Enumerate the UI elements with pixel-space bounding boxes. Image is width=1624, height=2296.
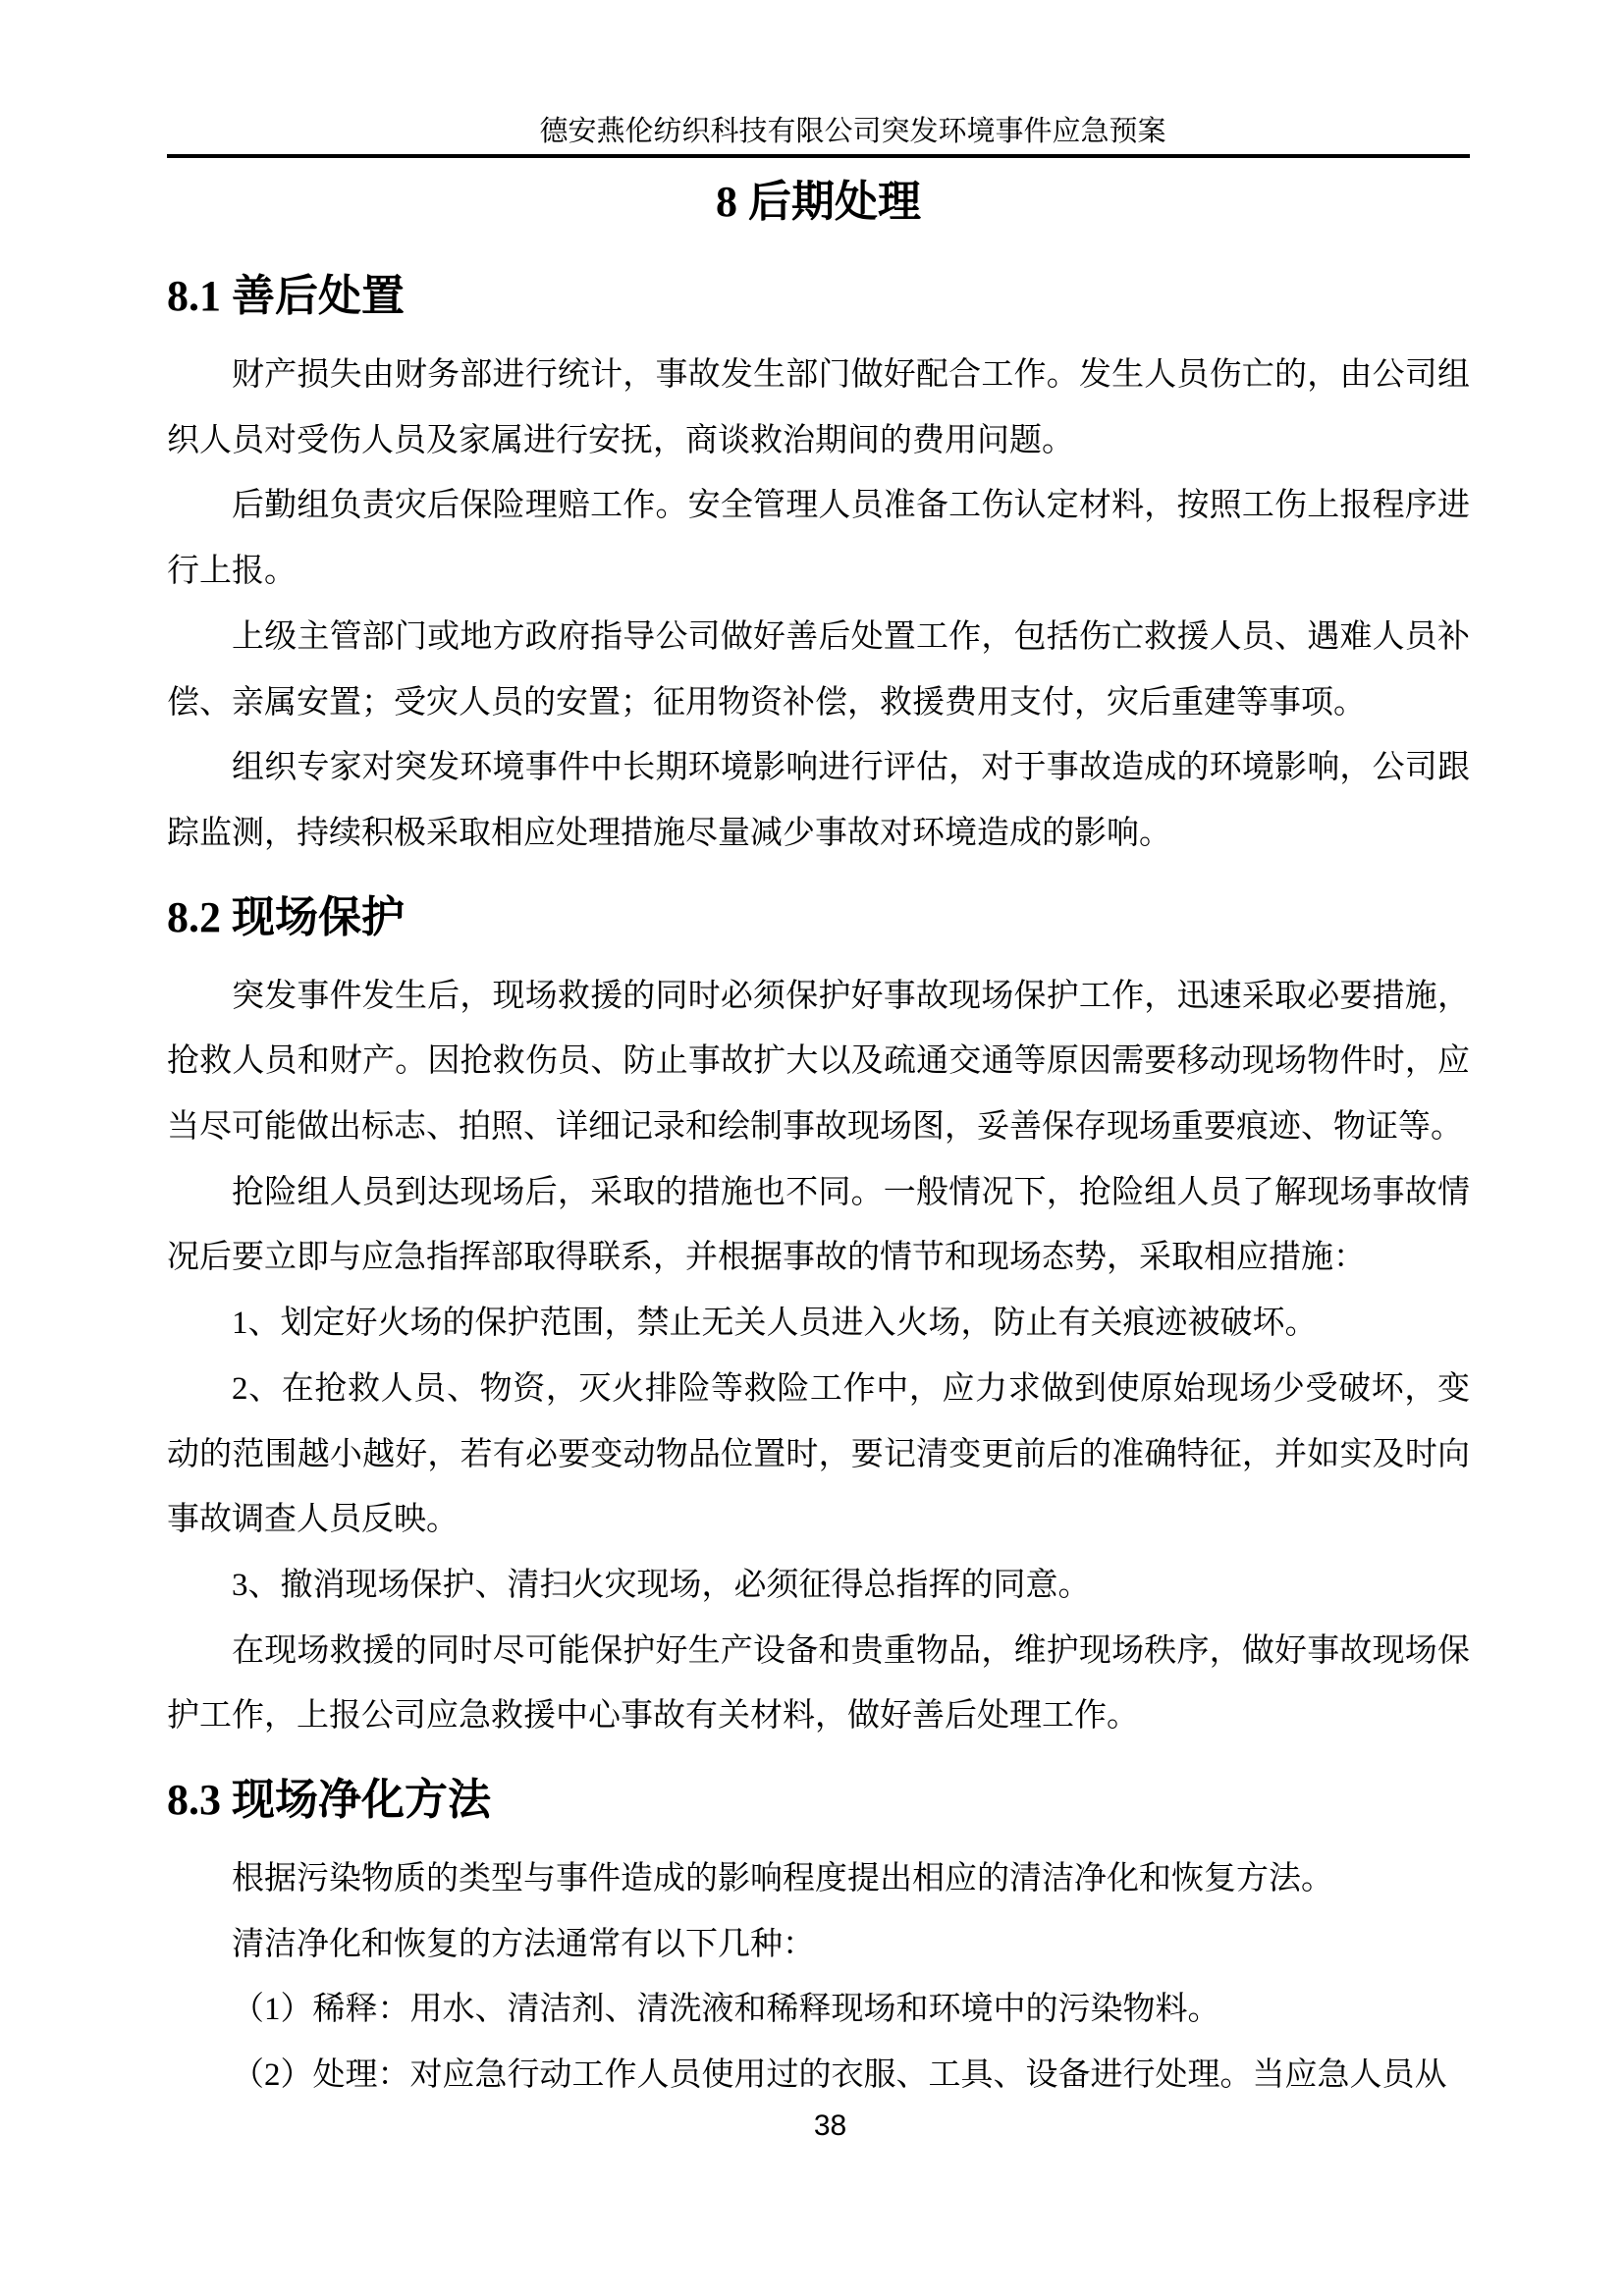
chapter-title: 8 后期处理 [167,159,1470,245]
paragraph: 组织专家对突发环境事件中长期环境影响进行评估，对于事故造成的环境影响，公司跟踪监… [167,735,1470,866]
section-heading-8-3: 8.3 现场净化方法 [167,1757,1470,1843]
paragraph: 根据污染物质的类型与事件造成的影响程度提出相应的清洁净化和恢复方法。 [167,1846,1470,1912]
page-header: 德安燕伦纺织科技有限公司突发环境事件应急预案 [167,115,1470,158]
document-page: 德安燕伦纺织科技有限公司突发环境事件应急预案 8 后期处理 8.1 善后处置 财… [0,0,1624,2296]
list-item-paragraph: 3、撤消现场保护、清扫火灾现场，必须征得总指挥的同意。 [167,1553,1470,1619]
document-body: 8 后期处理 8.1 善后处置 财产损失由财务部进行统计，事故发生部门做好配合工… [167,157,1470,2109]
section-heading-8-1: 8.1 善后处置 [167,253,1470,340]
paragraph: 清洁净化和恢复的方法通常有以下几种： [167,1912,1470,1978]
page-number: 38 [790,2109,846,2144]
list-item-paragraph: （2）处理：对应急行动工作人员使用过的衣服、工具、设备进行处理。当应急人员从 [167,2043,1470,2109]
section-heading-8-2: 8.2 现场保护 [167,875,1470,961]
paragraph: 突发事件发生后，现场救援的同时必须保护好事故现场保护工作，迅速采取必要措施，抢救… [167,964,1470,1160]
header-title: 德安燕伦纺织科技有限公司突发环境事件应急预案 [167,115,1470,148]
paragraph: 上级主管部门或地方政府指导公司做好善后处置工作，包括伤亡救援人员、遇难人员补偿、… [167,605,1470,735]
page-footer: 38 [167,2109,1470,2144]
list-item-paragraph: 1、划定好火场的保护范围，禁止无关人员进入火场，防止有关痕迹被破坏。 [167,1291,1470,1357]
list-item-paragraph: （1）稀释：用水、清洁剂、清洗液和稀释现场和环境中的污染物料。 [167,1977,1470,2043]
paragraph: 财产损失由财务部进行统计，事故发生部门做好配合工作。发生人员伤亡的，由公司组织人… [167,343,1470,473]
paragraph: 抢险组人员到达现场后，采取的措施也不同。一般情况下，抢险组人员了解现场事故情况后… [167,1160,1470,1291]
paragraph: 在现场救援的同时尽可能保护好生产设备和贵重物品，维护现场秩序，做好事故现场保护工… [167,1619,1470,1749]
paragraph: 后勤组负责灾后保险理赔工作。安全管理人员准备工伤认定材料，按照工伤上报程序进行上… [167,473,1470,604]
list-item-paragraph: 2、在抢救人员、物资，灭火排险等救险工作中，应力求做到使原始现场少受破坏，变动的… [167,1357,1470,1553]
